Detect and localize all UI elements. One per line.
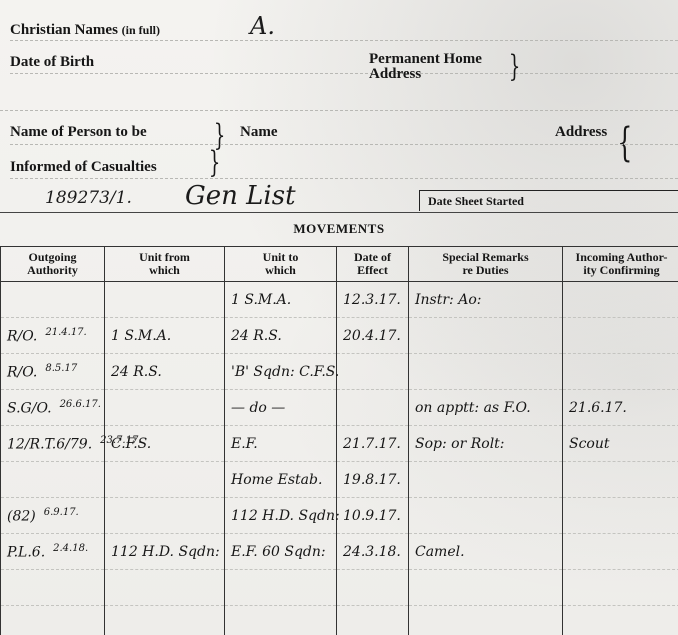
outgoing-authority-value: R/O. (7, 328, 37, 344)
unit-to-cell: — do — (225, 390, 337, 426)
authority-date-value: 26.6.17. (60, 399, 101, 410)
brace-right: } (509, 52, 520, 82)
special-remarks-value: Camel. (415, 544, 465, 560)
unit-to-cell: 'B' Sqdn: C.F.S. (225, 354, 337, 390)
unit-from-cell (105, 570, 225, 606)
incoming-authority-cell (563, 534, 678, 570)
column-header: Date ofEffect (337, 247, 409, 282)
date-of-effect-cell: 12.3.17. (337, 282, 409, 318)
section-rule (0, 110, 678, 111)
outgoing-authority-cell (1, 462, 105, 498)
special-remarks-cell: Instr: Ao: (409, 282, 563, 318)
unit-from-cell (105, 390, 225, 426)
unit-from-value: 24 R.S. (111, 364, 162, 380)
unit-to-cell: E.F. 60 Sqdn: (225, 534, 337, 570)
unit-from-value: C.F.S. (111, 436, 151, 452)
table-row: P.L.6.2.4.18.112 H.D. Sqdn:E.F. 60 Sqdn:… (1, 534, 678, 570)
column-header-line: which (107, 264, 222, 277)
special-remarks-cell (409, 354, 563, 390)
column-header: Unit towhich (225, 247, 337, 282)
unit-from-cell: 1 S.M.A. (105, 318, 225, 354)
nok-rule-1 (10, 144, 678, 145)
unit-to-cell: E.F. (225, 426, 337, 462)
outgoing-authority-value: R/O. (7, 364, 37, 380)
column-header: Incoming Author-ity Confirming (563, 247, 678, 282)
incoming-authority-value: Scout (569, 436, 610, 452)
outgoing-authority-value: S.G/O. (7, 400, 52, 416)
table-row: Home Estab.19.8.17. (1, 462, 678, 498)
special-remarks-value: Instr: Ao: (415, 292, 481, 308)
special-remarks-value: on apptt: as F.O. (415, 400, 531, 416)
incoming-authority-cell (563, 318, 678, 354)
unit-to-cell: 24 R.S. (225, 318, 337, 354)
unit-to-value: 24 R.S. (231, 328, 282, 344)
next-of-kin-label-1: Name of Person to be (10, 124, 147, 141)
unit-to-cell (225, 606, 337, 635)
christian-names-value: A. (250, 12, 275, 40)
date-of-effect-cell: 10.9.17. (337, 498, 409, 534)
unit-to-cell: 1 S.M.A. (225, 282, 337, 318)
incoming-authority-value: 21.6.17. (569, 400, 627, 416)
column-header-line: re Duties (411, 264, 560, 277)
outgoing-authority-cell: S.G/O.26.6.17. (1, 390, 105, 426)
outgoing-authority-value: 12/R.T.6/79. (7, 436, 92, 452)
date-of-effect-cell (337, 606, 409, 635)
unit-to-value: 'B' Sqdn: C.F.S. (231, 364, 339, 380)
date-of-birth-rule (10, 73, 678, 74)
table-row: 1 S.M.A.12.3.17.Instr: Ao: (1, 282, 678, 318)
date-of-effect-value: 21.7.17. (343, 436, 401, 452)
outgoing-authority-value: P.L.6. (7, 544, 45, 560)
movements-title: MOVEMENTS (0, 221, 678, 237)
date-of-effect-value: 12.3.17. (343, 292, 401, 308)
authority-date-value: 8.5.17 (45, 363, 77, 374)
special-remarks-cell: Camel. (409, 534, 563, 570)
authority-date-value: 21.4.17. (45, 327, 86, 338)
unit-from-cell (105, 282, 225, 318)
brace-right: } (209, 148, 220, 178)
outgoing-authority-cell: 12/R.T.6/79.23.7.17. (1, 426, 105, 462)
unit-from-cell (105, 462, 225, 498)
brace-left: { (617, 128, 632, 158)
outgoing-authority-cell: R/O.21.4.17. (1, 318, 105, 354)
outgoing-authority-value: (82) (7, 508, 36, 524)
nok-address-label: Address (555, 124, 607, 141)
date-of-effect-cell: 24.3.18. (337, 534, 409, 570)
incoming-authority-cell: 21.6.17. (563, 390, 678, 426)
nok-name-label: Name (240, 124, 278, 141)
unit-from-cell (105, 498, 225, 534)
column-header-line: ity Confirming (565, 264, 678, 277)
date-sheet-started-box: Date Sheet Started (419, 190, 678, 211)
special-remarks-cell: on apptt: as F.O. (409, 390, 563, 426)
table-row: (82)6.9.17.112 H.D. Sqdn:10.9.17. (1, 498, 678, 534)
date-of-effect-cell (337, 570, 409, 606)
unit-to-value: 1 S.M.A. (231, 292, 291, 308)
column-header: Unit fromwhich (105, 247, 225, 282)
column-header: OutgoingAuthority (1, 247, 105, 282)
outgoing-authority-cell: (82)6.9.17. (1, 498, 105, 534)
outgoing-authority-cell: P.L.6.2.4.18. (1, 534, 105, 570)
table-row: S.G/O.26.6.17.— do —on apptt: as F.O.21.… (1, 390, 678, 426)
special-remarks-cell: Sop: or Rolt: (409, 426, 563, 462)
incoming-authority-cell (563, 282, 678, 318)
next-of-kin-label-2: Informed of Casualties (10, 159, 157, 176)
incoming-authority-cell (563, 570, 678, 606)
unit-from-cell: 112 H.D. Sqdn: (105, 534, 225, 570)
header-bottom-rule (0, 212, 678, 213)
column-header-line: which (227, 264, 334, 277)
column-header: Special Remarksre Duties (409, 247, 563, 282)
unit-from-cell (105, 606, 225, 635)
incoming-authority-cell (563, 354, 678, 390)
date-of-effect-cell: 20.4.17. (337, 318, 409, 354)
date-of-effect-value: 10.9.17. (343, 508, 401, 524)
unit-from-cell: 24 R.S. (105, 354, 225, 390)
outgoing-authority-cell (1, 570, 105, 606)
christian-names-rule (10, 40, 678, 41)
outgoing-authority-cell (1, 282, 105, 318)
special-remarks-cell (409, 462, 563, 498)
list-entry: Gen List (185, 181, 296, 211)
christian-names-note: (in full) (122, 23, 160, 37)
table-row: 12/R.T.6/79.23.7.17.C.F.S.E.F.21.7.17.So… (1, 426, 678, 462)
reference-number: 189273/1. (45, 188, 132, 208)
movements-table: OutgoingAuthorityUnit fromwhichUnit towh… (0, 246, 678, 635)
permanent-home-address-label: Permanent Home Address (369, 52, 482, 82)
unit-to-cell: Home Estab. (225, 462, 337, 498)
special-remarks-cell (409, 498, 563, 534)
date-of-effect-value: 19.8.17. (343, 472, 401, 488)
table-row: R/O.8.5.1724 R.S.'B' Sqdn: C.F.S. (1, 354, 678, 390)
table-row (1, 570, 678, 606)
date-of-effect-cell (337, 390, 409, 426)
special-remarks-cell (409, 318, 563, 354)
column-header-line: Authority (3, 264, 102, 277)
incoming-authority-cell (563, 498, 678, 534)
special-remarks-cell (409, 570, 563, 606)
unit-to-value: E.F. 60 Sqdn: (231, 544, 326, 560)
authority-date-value: 2.4.18. (53, 543, 88, 554)
date-of-effect-cell: 19.8.17. (337, 462, 409, 498)
authority-date-value: 6.9.17. (44, 507, 79, 518)
unit-to-value: E.F. (231, 436, 258, 452)
date-of-birth-label: Date of Birth (10, 54, 94, 71)
outgoing-authority-cell (1, 606, 105, 635)
incoming-authority-cell (563, 462, 678, 498)
unit-to-value: 112 H.D. Sqdn: (231, 508, 340, 524)
date-of-effect-cell (337, 354, 409, 390)
unit-from-cell: C.F.S. (105, 426, 225, 462)
date-of-effect-cell: 21.7.17. (337, 426, 409, 462)
special-remarks-value: Sop: or Rolt: (415, 436, 505, 452)
outgoing-authority-cell: R/O.8.5.17 (1, 354, 105, 390)
unit-to-cell (225, 570, 337, 606)
unit-from-value: 1 S.M.A. (111, 328, 171, 344)
special-remarks-cell (409, 606, 563, 635)
incoming-authority-cell: Scout (563, 426, 678, 462)
unit-to-value: Home Estab. (231, 472, 322, 488)
unit-from-value: 112 H.D. Sqdn: (111, 544, 220, 560)
incoming-authority-cell (563, 606, 678, 635)
nok-rule-2 (10, 178, 678, 179)
table-row: R/O.21.4.17.1 S.M.A.24 R.S.20.4.17. (1, 318, 678, 354)
date-sheet-started-label: Date Sheet Started (428, 194, 524, 209)
column-header-line: Effect (339, 264, 406, 277)
date-of-effect-value: 20.4.17. (343, 328, 401, 344)
unit-to-value: — do — (231, 400, 285, 416)
table-row (1, 606, 678, 635)
christian-names-label: Christian Names (in full) (10, 22, 160, 39)
unit-to-cell: 112 H.D. Sqdn: (225, 498, 337, 534)
date-of-effect-value: 24.3.18. (343, 544, 401, 560)
